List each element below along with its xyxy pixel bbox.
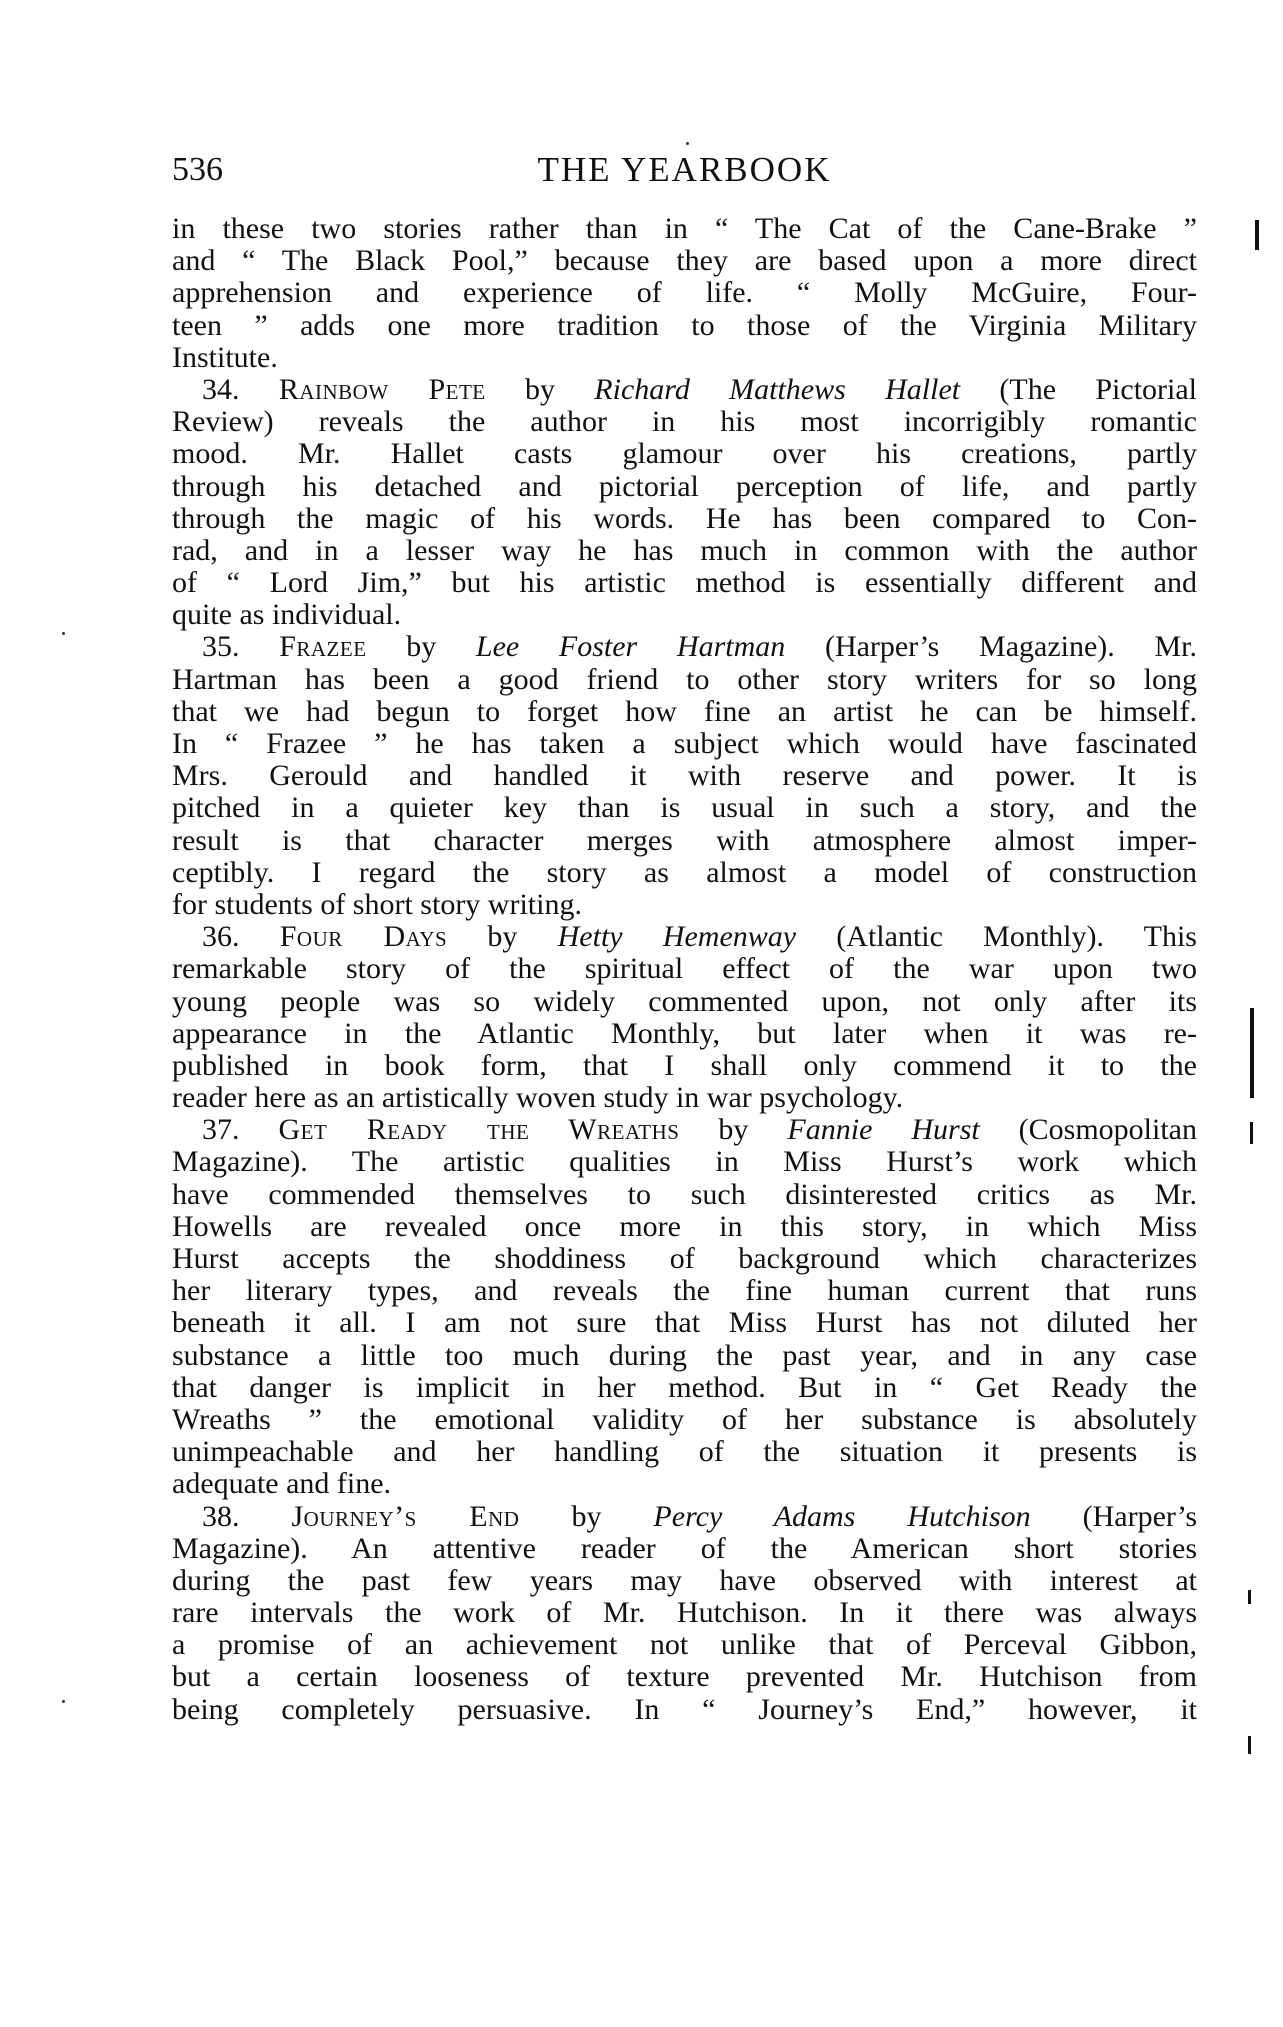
text-line: teen ” adds one more tradition to those …	[172, 310, 1197, 342]
text-run: Mrs. Gerould and handled it with reserve…	[172, 759, 1197, 792]
margin-mark	[1255, 220, 1259, 250]
story-title: Get Ready the Wreaths	[278, 1113, 679, 1146]
text-run: that danger is implicit in her method. B…	[172, 1371, 1197, 1404]
margin-dot	[62, 1700, 65, 1703]
text-run: (Harper’s	[1031, 1500, 1197, 1533]
running-head-title: THE YEARBOOK	[172, 148, 1197, 192]
text-line: a promise of an achievement not unlike t…	[172, 1629, 1197, 1661]
text-line: being completely persuasive. In “ Journe…	[172, 1694, 1197, 1726]
text-run: a promise of an achievement not unlike t…	[172, 1628, 1197, 1661]
text-run: apprehension and experience of life. “ M…	[172, 276, 1197, 309]
story-title: Four Days	[280, 920, 447, 953]
text-line: rad, and in a lesser way he has much in …	[172, 535, 1197, 567]
text-run: Hartman has been a good friend to other …	[172, 663, 1197, 696]
text-run: published in book form, that I shall onl…	[172, 1049, 1197, 1082]
author-name: Richard Matthews Hallet	[594, 373, 960, 406]
text-run: 34.	[202, 373, 279, 406]
text-line: published in book form, that I shall onl…	[172, 1050, 1197, 1082]
text-run: unimpeachable and her handling of the si…	[172, 1435, 1197, 1468]
text-line: that we had begun to forget how fine an …	[172, 696, 1197, 728]
text-run: by	[519, 1500, 653, 1533]
text-run: (Harper’s Magazine). Mr.	[785, 630, 1197, 663]
text-line: through his detached and pictorial perce…	[172, 471, 1197, 503]
text-line: in these two stories rather than in “ Th…	[172, 213, 1197, 245]
entry-first-line: 37. Get Ready the Wreaths by Fannie Hurs…	[172, 1114, 1197, 1146]
text-line: appearance in the Atlantic Monthly, but …	[172, 1018, 1197, 1050]
text-run: young people was so widely commented upo…	[172, 985, 1197, 1018]
text-line: young people was so widely commented upo…	[172, 986, 1197, 1018]
text-line: have commended themselves to such disint…	[172, 1179, 1197, 1211]
text-run: during the past few years may have obser…	[172, 1564, 1197, 1597]
text-run: Magazine). The artistic qualities in Mis…	[172, 1145, 1197, 1178]
text-line: rare intervals the work of Mr. Hutchison…	[172, 1597, 1197, 1629]
text-line: Review) reveals the author in his most i…	[172, 406, 1197, 438]
margin-mark	[1250, 1122, 1253, 1144]
text-line: apprehension and experience of life. “ M…	[172, 277, 1197, 309]
text-run: being completely persuasive. In “ Journe…	[172, 1693, 1197, 1726]
author-name: Percy Adams Hutchison	[653, 1500, 1030, 1533]
text-run: substance a little too much during the p…	[172, 1339, 1197, 1372]
text-run: by	[447, 920, 557, 953]
text-line: substance a little too much during the p…	[172, 1340, 1197, 1372]
text-line: Mrs. Gerould and handled it with reserve…	[172, 760, 1197, 792]
story-title: Frazee	[279, 630, 366, 663]
text-run: through the magic of his words. He has b…	[172, 502, 1197, 535]
text-line: Hartman has been a good friend to other …	[172, 664, 1197, 696]
text-run: Review) reveals the author in his most i…	[172, 405, 1197, 438]
margin-mark	[1250, 1008, 1254, 1098]
text-line: Institute.	[172, 342, 1197, 374]
text-line: In “ Frazee ” he has taken a subject whi…	[172, 728, 1197, 760]
text-run: appearance in the Atlantic Monthly, but …	[172, 1017, 1197, 1050]
text-line: Magazine). The artistic qualities in Mis…	[172, 1146, 1197, 1178]
text-line: quite as individual.	[172, 599, 1197, 631]
text-line: through the magic of his words. He has b…	[172, 503, 1197, 535]
text-run: by	[367, 630, 476, 663]
text-run: mood. Mr. Hallet casts glamour over his …	[172, 437, 1197, 470]
text-run: Howells are revealed once more in this s…	[172, 1210, 1197, 1243]
entry-first-line: 35. Frazee by Lee Foster Hartman (Harper…	[172, 631, 1197, 663]
text-run: remarkable story of the spiritual effect…	[172, 952, 1197, 985]
text-line: Wreaths ” the emotional validity of her …	[172, 1404, 1197, 1436]
text-run: rad, and in a lesser way he has much in …	[172, 534, 1197, 567]
text-run: rare intervals the work of Mr. Hutchison…	[172, 1596, 1197, 1629]
text-line: but a certain looseness of texture preve…	[172, 1661, 1197, 1693]
text-run: teen ” adds one more tradition to those …	[172, 309, 1197, 342]
text-line: her literary types, and reveals the fine…	[172, 1275, 1197, 1307]
text-line: reader here as an artistically woven stu…	[172, 1082, 1197, 1114]
margin-mark	[1248, 1590, 1251, 1604]
story-title: Rainbow Pete	[279, 373, 486, 406]
text-line: mood. Mr. Hallet casts glamour over his …	[172, 438, 1197, 470]
text-run: 36.	[202, 920, 280, 953]
text-run: and “ The Black Pool,” because they are …	[172, 244, 1197, 277]
text-run: for students of short story writing.	[172, 888, 582, 921]
text-run: by	[679, 1113, 787, 1146]
text-run: reader here as an artistically woven stu…	[172, 1081, 903, 1114]
text-run: (Atlantic Monthly). This	[796, 920, 1197, 953]
text-run: Magazine). An attentive reader of the Am…	[172, 1532, 1197, 1565]
text-line: during the past few years may have obser…	[172, 1565, 1197, 1597]
text-line: ceptibly. I regard the story as almost a…	[172, 857, 1197, 889]
text-line: for students of short story writing.	[172, 889, 1197, 921]
text-line: Howells are revealed once more in this s…	[172, 1211, 1197, 1243]
text-line: unimpeachable and her handling of the si…	[172, 1436, 1197, 1468]
text-run: Institute.	[172, 341, 278, 374]
text-run: Hurst accepts the shoddiness of backgrou…	[172, 1242, 1197, 1275]
margin-dot	[62, 632, 65, 635]
text-run: in these two stories rather than in “ Th…	[172, 212, 1197, 245]
running-head: 536 THE YEARBOOK	[172, 148, 1197, 192]
entry-first-line: 34. Rainbow Pete by Richard Matthews Hal…	[172, 374, 1197, 406]
text-line: that danger is implicit in her method. B…	[172, 1372, 1197, 1404]
author-name: Fannie Hurst	[787, 1113, 979, 1146]
text-run: beneath it all. I am not sure that Miss …	[172, 1306, 1197, 1339]
text-line: Magazine). An attentive reader of the Am…	[172, 1533, 1197, 1565]
story-title: Journey’s End	[291, 1500, 519, 1533]
text-run: quite as individual.	[172, 598, 401, 631]
text-run: 38.	[202, 1500, 291, 1533]
text-run: have commended themselves to such disint…	[172, 1178, 1197, 1211]
margin-dot	[686, 142, 689, 145]
book-page: 536 THE YEARBOOK in these two stories ra…	[0, 0, 1283, 2027]
text-run: ceptibly. I regard the story as almost a…	[172, 856, 1197, 889]
author-name: Hetty Hemenway	[558, 920, 796, 953]
text-run: adequate and fine.	[172, 1467, 391, 1500]
text-run: her literary types, and reveals the fine…	[172, 1274, 1197, 1307]
text-run: of “ Lord Jim,” but his artistic method …	[172, 566, 1197, 599]
entry-first-line: 38. Journey’s End by Percy Adams Hutchis…	[172, 1501, 1197, 1533]
text-run: (Cosmopolitan	[980, 1113, 1197, 1146]
margin-mark	[1248, 1736, 1251, 1754]
text-run: but a certain looseness of texture preve…	[172, 1660, 1197, 1693]
text-run: 35.	[202, 630, 279, 663]
text-line: remarkable story of the spiritual effect…	[172, 953, 1197, 985]
text-run: (The Pictorial	[960, 373, 1197, 406]
text-line: result is that character merges with atm…	[172, 825, 1197, 857]
text-run: by	[486, 373, 595, 406]
author-name: Lee Foster Hartman	[476, 630, 785, 663]
text-run: pitched in a quieter key than is usual i…	[172, 791, 1197, 824]
text-run: result is that character merges with atm…	[172, 824, 1197, 857]
text-line: beneath it all. I am not sure that Miss …	[172, 1307, 1197, 1339]
text-run: 37.	[202, 1113, 278, 1146]
text-run: that we had begun to forget how fine an …	[172, 695, 1197, 728]
entry-first-line: 36. Four Days by Hetty Hemenway (Atlanti…	[172, 921, 1197, 953]
text-line: Hurst accepts the shoddiness of backgrou…	[172, 1243, 1197, 1275]
text-line: and “ The Black Pool,” because they are …	[172, 245, 1197, 277]
text-run: Wreaths ” the emotional validity of her …	[172, 1403, 1197, 1436]
text-line: pitched in a quieter key than is usual i…	[172, 792, 1197, 824]
text-run: through his detached and pictorial perce…	[172, 470, 1197, 503]
text-line: adequate and fine.	[172, 1468, 1197, 1500]
body-text: in these two stories rather than in “ Th…	[172, 213, 1197, 1726]
text-line: of “ Lord Jim,” but his artistic method …	[172, 567, 1197, 599]
text-run: In “ Frazee ” he has taken a subject whi…	[172, 727, 1197, 760]
